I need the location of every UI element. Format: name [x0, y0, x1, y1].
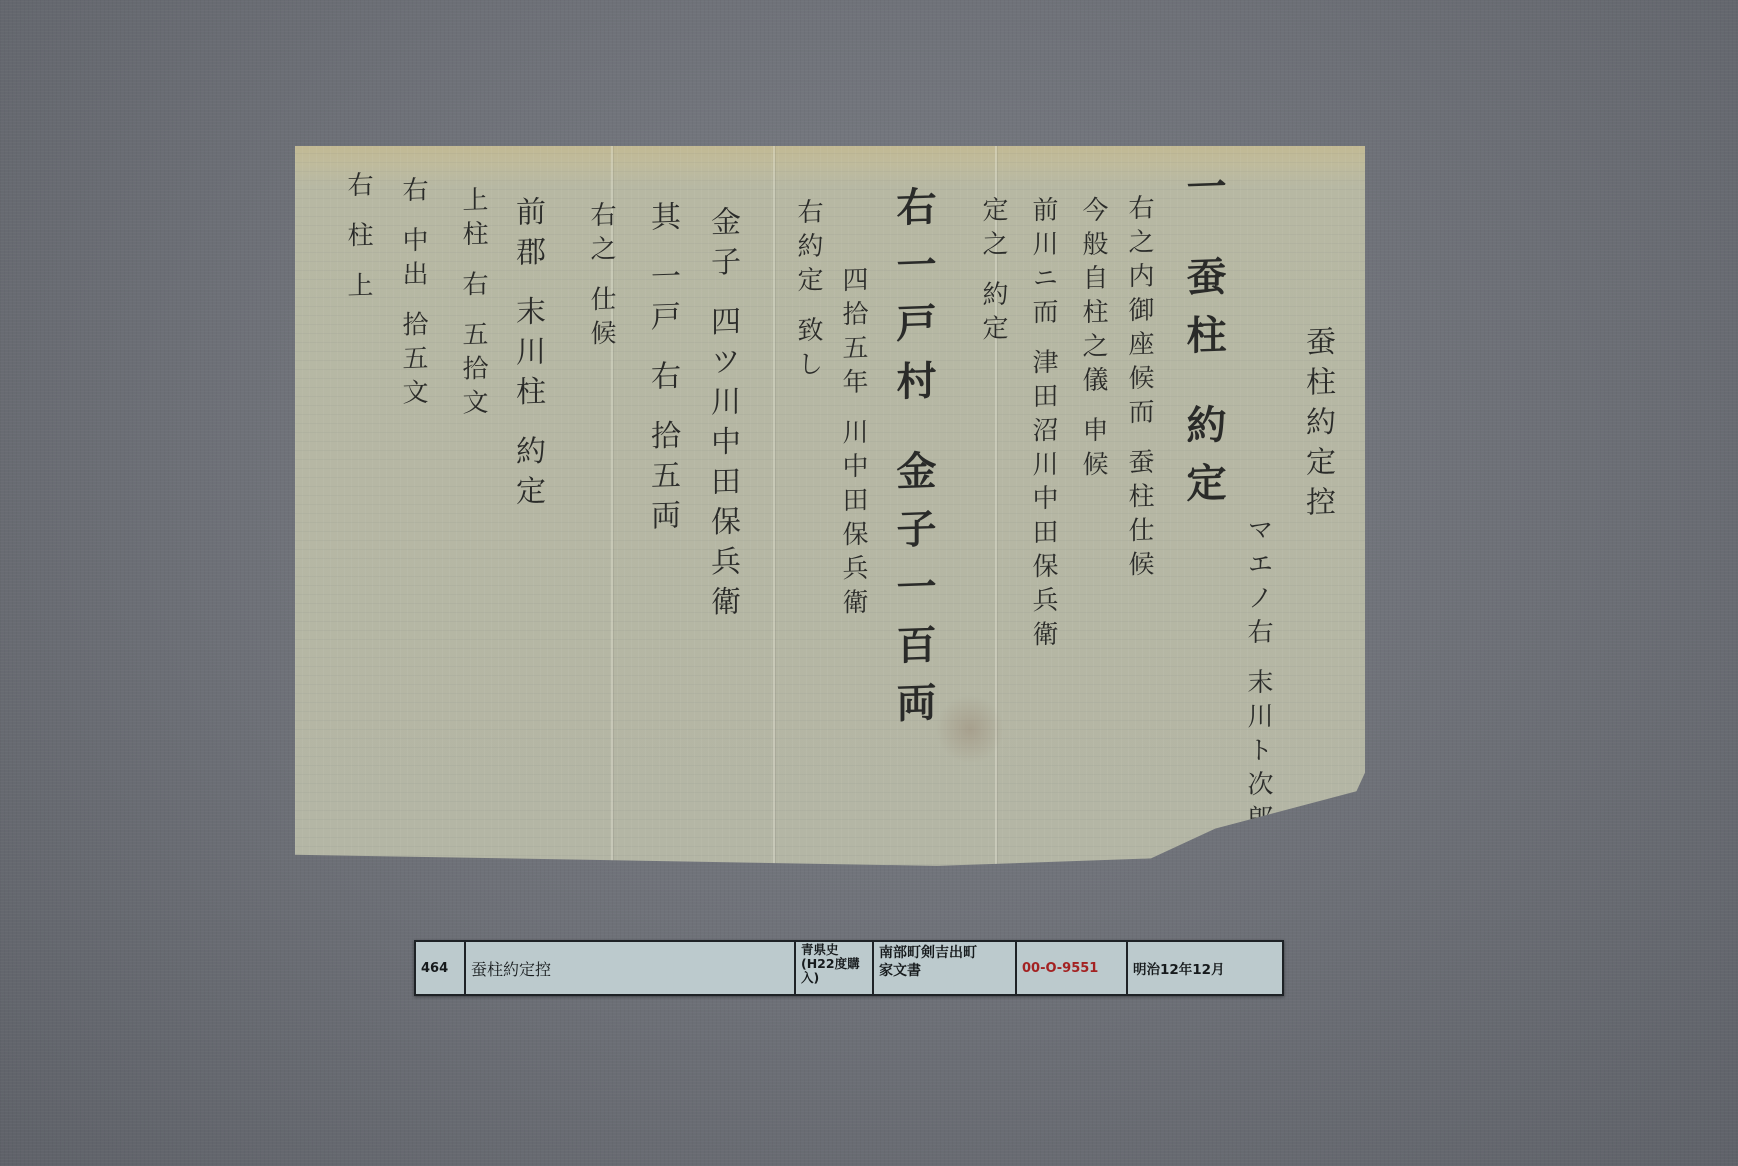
fold-line [773, 146, 775, 892]
script-column: 右一戸村 金子一百両 [885, 185, 942, 741]
script-column: 右之 仕候 [583, 200, 620, 354]
script-column: 四拾五年 川中田保兵衛 [835, 265, 872, 623]
script-column: 其 一戸 右 拾五両 [640, 200, 684, 540]
catalog-label: 464 蚕柱約定控 青県史 (H22度購 入) 南部町剣吉出町 家文書 00-O… [414, 940, 1284, 996]
script-column: 右 中出 拾五文 [395, 175, 432, 413]
script-column: 右之内御座候而 蚕柱仕候 [1121, 193, 1158, 585]
item-number: 464 [416, 942, 466, 994]
historical-document: 蚕柱約定控 マエノ右 末川ト次郎 一 蚕柱 約定 右之内御座候而 蚕柱仕候 今般… [295, 146, 1365, 892]
script-column: 定之 約定 [975, 195, 1012, 349]
document-title: 蚕柱約定控 [466, 942, 796, 994]
script-column: 一 蚕柱 約定 [1175, 165, 1232, 521]
collection-name: 南部町剣吉出町 家文書 [874, 942, 1017, 994]
catalog-id: 00-O-9551 [1017, 942, 1128, 994]
document-date: 明治12年12月 [1128, 942, 1282, 994]
script-column: 蚕柱約定控 [1295, 325, 1339, 527]
source-info: 青県史 (H22度購 入) [796, 942, 874, 994]
script-column: 今般自柱之儀 申候 [1075, 195, 1112, 485]
script-column: 右約定 致し [790, 197, 827, 385]
script-column: 右 柱 上 [340, 170, 377, 306]
script-column: 上柱 右 五拾文 [455, 185, 492, 423]
script-column: 金子 四ツ川中田保兵衛 [700, 205, 744, 626]
script-column: 前郡 末川柱 約定 [505, 195, 549, 516]
script-column: 前川ニ而 津田沼川中田保兵衛 [1025, 195, 1062, 655]
script-column: マエノ右 末川ト次郎 [1240, 515, 1277, 839]
